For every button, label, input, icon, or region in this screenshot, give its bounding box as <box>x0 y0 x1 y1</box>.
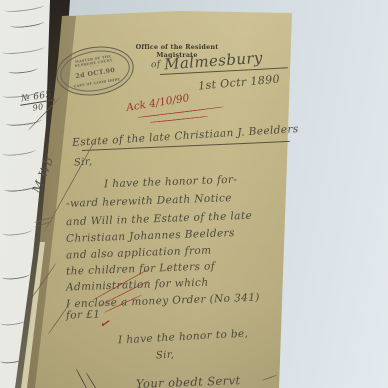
pen-slash <box>30 263 57 301</box>
letter-content: MASTER OF THE SUPREME COURT —·— 2d OCT.9… <box>0 0 388 388</box>
margin-initials: M Wb <box>29 155 56 195</box>
body-line: the children for Letters of <box>66 260 215 277</box>
closing-line: I have the honor to be, <box>118 328 249 347</box>
body-line: for £1 <box>66 308 101 321</box>
closing-sir: Sir, <box>156 350 175 362</box>
body-line: -ward herewith Death Notice <box>66 192 232 210</box>
signature-line-partial: Your obedt Servt <box>136 373 241 388</box>
body-line: and also application from <box>66 244 212 261</box>
red-tick: ✓ <box>99 316 110 330</box>
letterhead-of-label: of <box>151 60 161 71</box>
red-signature-flourish <box>150 116 208 123</box>
ack-note-red: Ack 4/10/90 <box>125 92 190 114</box>
corner-mark <box>86 372 99 388</box>
photograph-of-letter: MASTER OF THE SUPREME COURT —·— 2d OCT.9… <box>0 0 388 388</box>
date-handwritten: 1st Octr 1890 <box>198 72 281 92</box>
body-line: I have the honor to for- <box>104 174 238 191</box>
pen-mark <box>262 375 277 381</box>
body-line: Christiaan Johannes Beelders <box>66 227 235 245</box>
file-number: № 665 90 <box>19 89 56 114</box>
corner-mark <box>76 368 89 388</box>
body-line: and Will in the Estate of the late <box>66 210 252 228</box>
